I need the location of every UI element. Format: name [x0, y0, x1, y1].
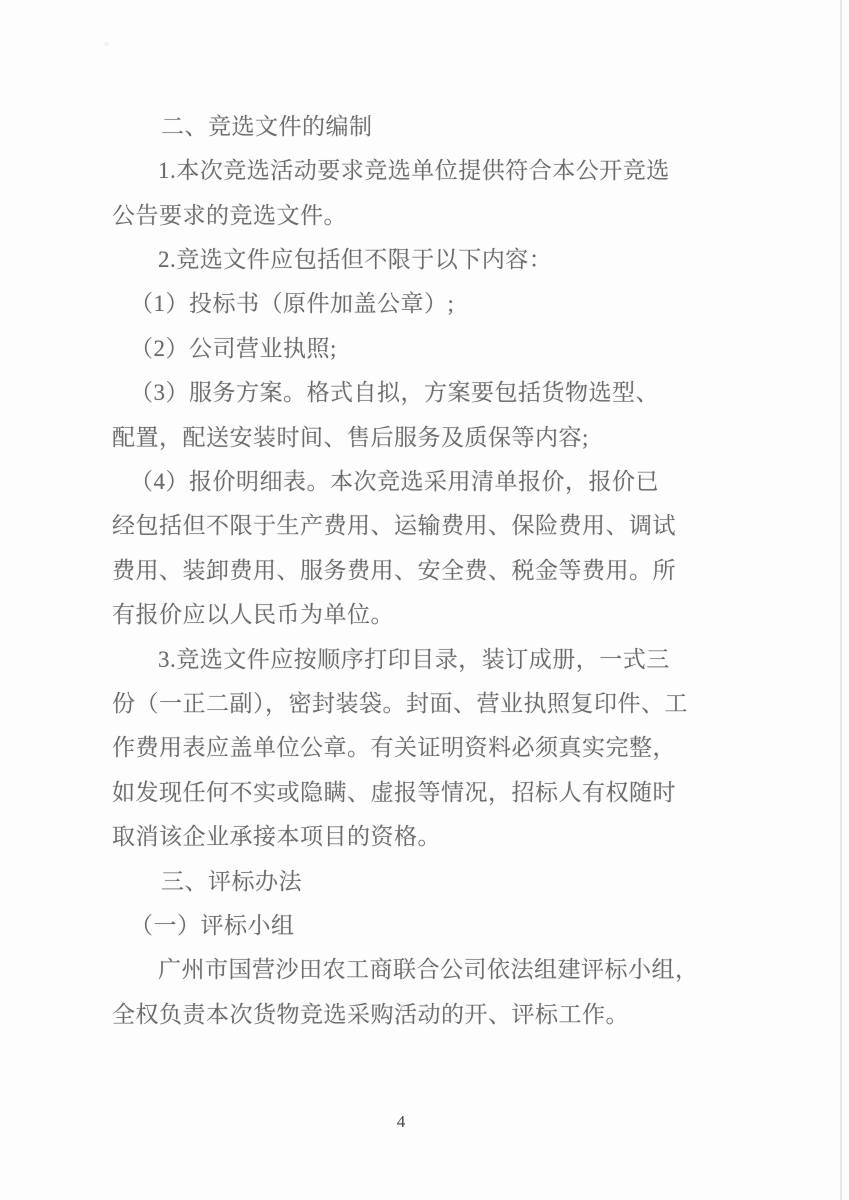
list-item-line: （4）报价明细表。本次竞选采用清单报价，报价已 [130, 469, 659, 494]
section-heading-3: 三、评标办法 [161, 869, 302, 894]
subsection-heading: （一）评标小组 [130, 913, 295, 938]
body-line: 全权负责本次货物竞选采购活动的开、评标工作。 [112, 1002, 629, 1027]
document-page: 二、竞选文件的编制1.本次竞选活动要求竞选单位提供符合本公开竞选公告要求的竞选文… [0, 0, 849, 1200]
body-line: 经包括但不限于生产费用、运输费用、保险费用、调试 [112, 513, 676, 538]
body-line: 广州市国营沙田农工商联合公司依法组建评标小组， [158, 957, 699, 982]
body-line: 作费用表应盖单位公章。有关证明资料必须真实完整， [112, 735, 676, 760]
body-line: 2.竞选文件应包括但不限于以下内容： [158, 247, 552, 272]
text-layer: 二、竞选文件的编制1.本次竞选活动要求竞选单位提供符合本公开竞选公告要求的竞选文… [0, 0, 849, 1200]
body-line: 费用、装卸费用、服务费用、安全费、税金等费用。所 [112, 558, 676, 583]
body-line: 公告要求的竞选文件。 [112, 203, 347, 228]
list-item-line: （2）公司营业执照; [130, 336, 337, 361]
body-line: 1.本次竞选活动要求竞选单位提供符合本公开竞选 [158, 158, 670, 183]
list-item-line: （1）投标书（原件加盖公章）; [130, 291, 454, 316]
body-line: 3.竞选文件应按顺序打印目录，装订成册，一式三 [158, 647, 670, 672]
body-line: 取消该企业承接本项目的资格。 [112, 824, 441, 849]
section-heading-2: 二、竞选文件的编制 [161, 114, 373, 139]
list-item-line: （3）服务方案。格式自拟，方案要包括货物选型、 [130, 380, 659, 405]
body-line: 如发现任何不实或隐瞒、虚报等情况，招标人有权随时 [112, 780, 676, 805]
body-line: 有报价应以人民币为单位。 [112, 602, 394, 627]
scan-edge-line [840, 0, 842, 1200]
page-number: 4 [112, 1112, 690, 1132]
body-line: 份（一正二副），密封装袋。封面、营业执照复印件、工 [112, 691, 688, 716]
body-line: 配置，配送安装时间、售后服务及质保等内容; [112, 425, 589, 450]
